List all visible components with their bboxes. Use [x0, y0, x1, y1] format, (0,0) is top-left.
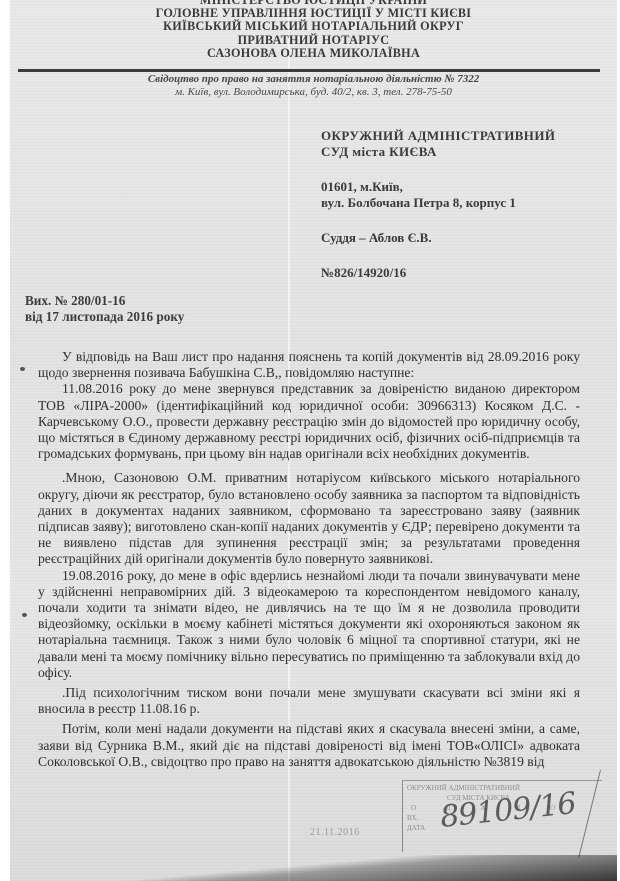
paragraph-registration: .Мною, Сазоновою О.М. приватним нотаріус… [38, 470, 580, 567]
court-name-line1: ОКРУЖНИЙ АДМІНІСТРАТИВНИЙ [321, 128, 617, 144]
outgoing-reference: Вих. № 280/01-16 від 17 листопада 2016 р… [25, 293, 184, 325]
court-name-line2: СУД міста КИЄВА [321, 144, 617, 160]
letterhead: МІНІСТЕРСТВО ЮСТИЦІЇ УКРАЇНИ ГОЛОВНЕ УПР… [10, 0, 617, 60]
paragraph-incident: 19.08.2016 року, до мене в офіс вдерлись… [38, 568, 580, 681]
punch-mark-icon [20, 367, 25, 371]
paragraph-pressure: .Під психологічним тиском вони почали ме… [38, 685, 580, 717]
outgoing-date: від 17 листопада 2016 року [25, 309, 184, 325]
outgoing-number: Вих. № 280/01-16 [25, 293, 184, 309]
scan-edge-shadow [10, 855, 617, 881]
addressee-block: ОКРУЖНИЙ АДМІНІСТРАТИВНИЙ СУД міста КИЄВ… [321, 128, 617, 281]
court-street: вул. Болбочана Петра 8, корпус 1 [321, 195, 617, 211]
letter-body: У відповідь на Ваш лист про надання пояс… [38, 349, 580, 770]
letterhead-divider [18, 69, 600, 72]
letterhead-role: ПРИВАТНИЙ НОТАРІУС [10, 34, 617, 47]
certificate-number: Свідоцтво про право на заняття нотаріаль… [10, 73, 617, 86]
court-postal: 01601, м.Київ, [321, 179, 617, 195]
case-number: №826/14920/16 [321, 265, 617, 281]
scanned-letter-page: МІНІСТЕРСТВО ЮСТИЦІЇ УКРАЇНИ ГОЛОВНЕ УПР… [10, 0, 617, 881]
paragraph-cancellation: Потім, коли мені надали документи на під… [38, 721, 580, 770]
stamp-faint-date: 21.11.2016 [310, 827, 360, 838]
paragraph-request: 11.08.2016 року до мене звернувся предст… [38, 381, 580, 462]
judge-name: Суддя – Аблов Є.В. [321, 230, 617, 246]
punch-mark-icon [22, 613, 27, 617]
paragraph-intro: У відповідь на Ваш лист про надання пояс… [38, 349, 580, 381]
letterhead-district: КИЇВСЬКИЙ МІСЬКИЙ НОТАРІАЛЬНИЙ ОКРУГ [10, 20, 617, 33]
notary-address: м. Київ, вул. Володимирська, буд. 40/2, … [10, 86, 617, 99]
letterhead-notary-name: САЗОНОВА ОЛЕНА МИКОЛАЇВНА [10, 47, 617, 60]
notary-certificate: Свідоцтво про право на заняття нотаріаль… [10, 73, 617, 99]
